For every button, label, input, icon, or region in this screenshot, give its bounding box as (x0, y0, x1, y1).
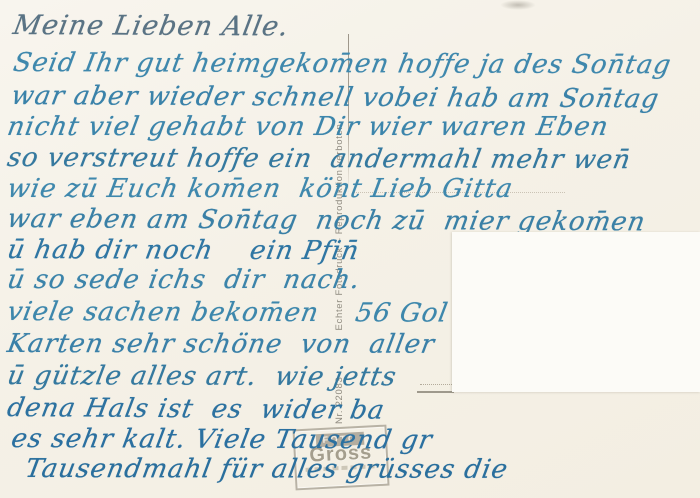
handwriting-line: wie zū Euch kom̄en könt Lieb Gitta (5, 176, 515, 202)
handwriting-line: es sehr kalt. Viele Tausend gr (9, 426, 434, 453)
handwriting-line: ū hab dir noch ein Pfin̄ (5, 237, 361, 264)
handwriting-line: ū gützle alles art. wie jetts (5, 363, 398, 390)
handwriting-line: Seid Ihr gut heimgekom̄en hoffe ja des S… (11, 50, 673, 78)
handwriting-line: nicht viel gehabt von Dir wier waren Ebe… (5, 114, 610, 140)
handwriting-line: Meine Lieben Alle. (11, 12, 291, 40)
handwriting-line: viele sachen bekom̄en 56 Gol (5, 299, 450, 327)
handwriting-line: war aber wieder schnell vobei hab am Son… (9, 83, 661, 112)
handwriting-line: ū so sede ichs dir nach. (5, 267, 362, 293)
handwriting-line: Tausendmahl für alles grüsses die (23, 456, 510, 483)
handwriting-line: so verstreut hoffe ein andermahl mehr we… (5, 145, 633, 173)
handwriting-line: dena Hals ist es wider ba (5, 395, 387, 424)
postcard-scan: Nr. 22083 Echter Fotodruck – Reproduktio… (0, 0, 700, 498)
handwriting-line: war eben am Son̄tag noch zū mier gekom̄e… (5, 206, 648, 235)
overlay-card (452, 232, 700, 392)
handwriting-line: Karten sehr schöne von aller (5, 331, 437, 358)
